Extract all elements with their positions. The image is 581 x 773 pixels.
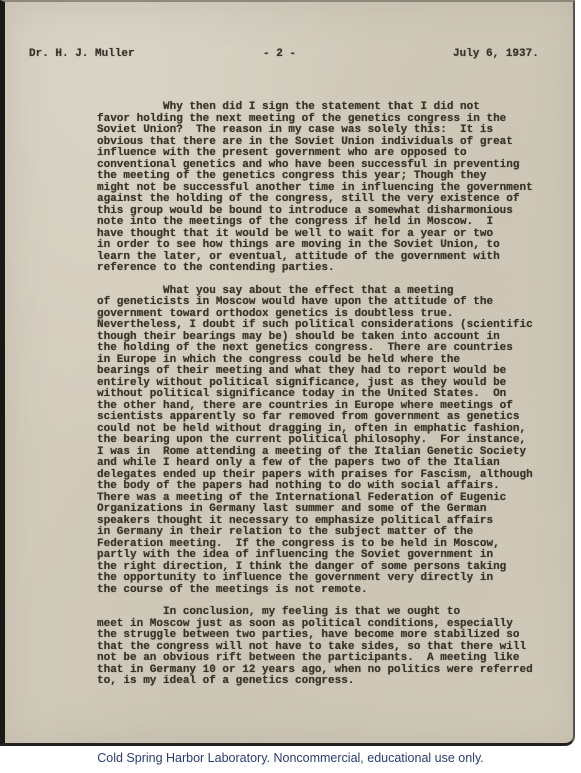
paragraph-2: What you say about the effect that a mee… [97,286,549,597]
letter-header: Dr. H. J. Muller - 2 - July 6, 1937. [5,48,573,62]
paragraph-3: In conclusion, my feeling is that we oug… [97,607,549,688]
page: Dr. H. J. Muller - 2 - July 6, 1937. Why… [0,0,581,773]
page-number: - 2 - [263,48,296,60]
author-name: Dr. H. J. Muller [29,48,135,60]
letter-date: July 6, 1937. [453,48,539,60]
letter-body: Why then did I sign the statement that I… [97,102,549,688]
paragraph-1: Why then did I sign the statement that I… [97,102,549,275]
attribution-bar: Cold Spring Harbor Laboratory. Noncommer… [0,746,581,773]
document-scan: Dr. H. J. Muller - 2 - July 6, 1937. Why… [0,0,575,746]
attribution-caption: Cold Spring Harbor Laboratory. Noncommer… [97,751,484,765]
